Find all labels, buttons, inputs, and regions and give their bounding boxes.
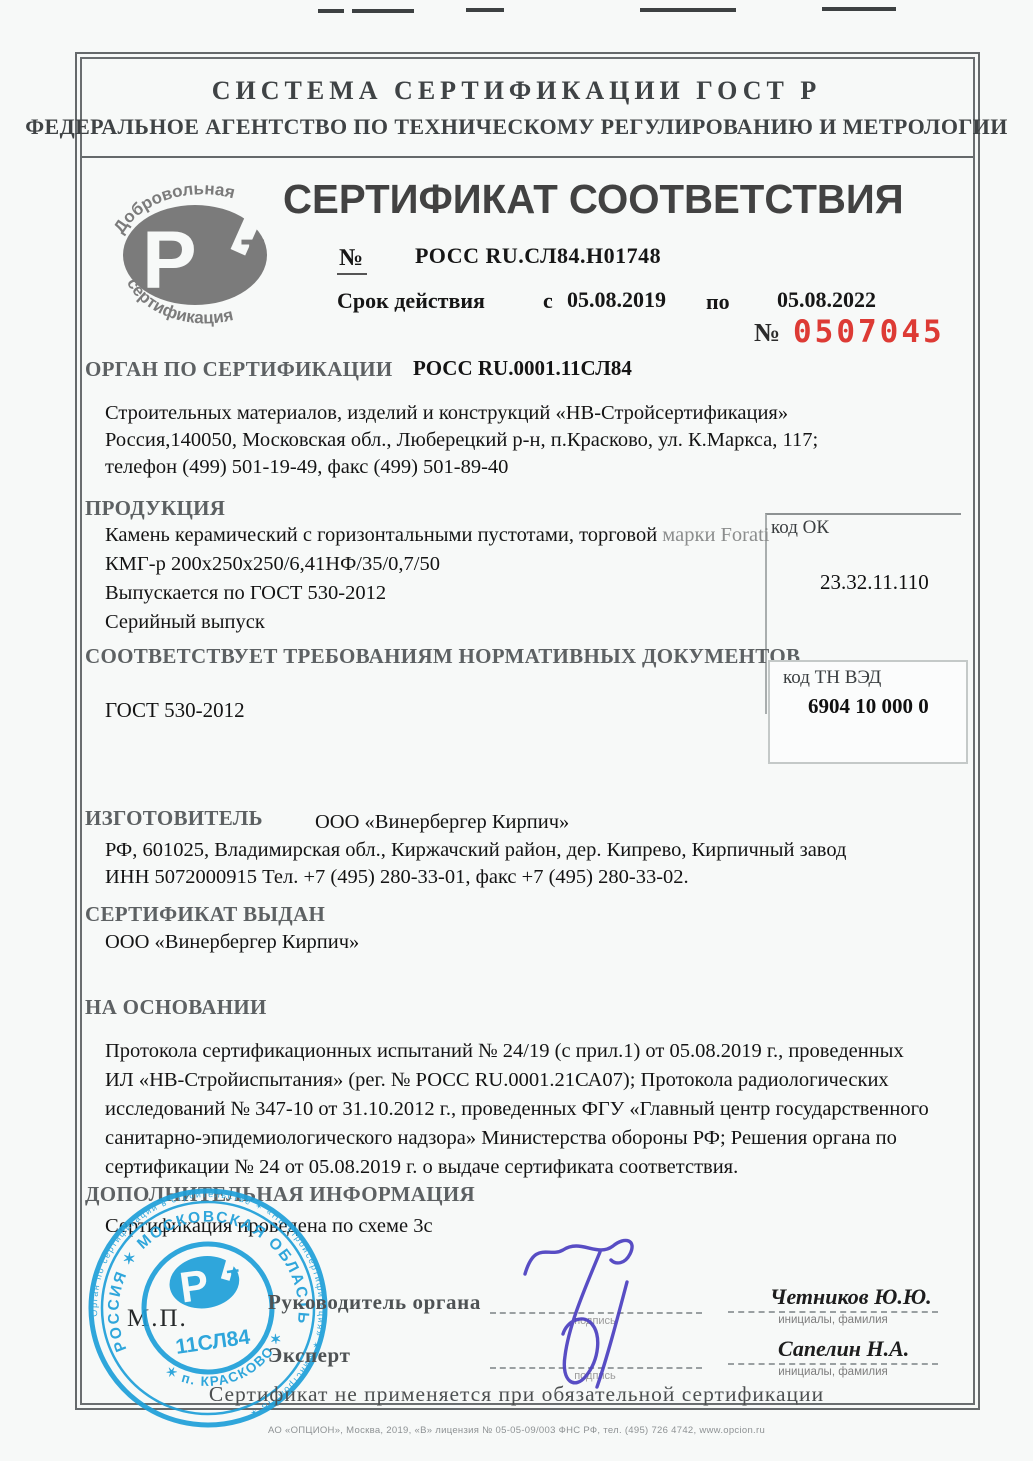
conformity-value: ГОСТ 530-2012 xyxy=(105,698,245,723)
validity-from-date: 05.08.2019 xyxy=(567,287,666,313)
validity-label: Срок действия xyxy=(337,288,485,314)
basis-line1: Протокола сертификационных испытаний № 2… xyxy=(105,1040,904,1063)
product-line1-brand: марки Forati xyxy=(662,524,769,546)
validity-to-date: 05.08.2022 xyxy=(777,287,876,313)
validity-to-prep: по xyxy=(706,289,730,315)
basis-line3: исследований № 347-10 от 31.10.2012 г., … xyxy=(105,1098,929,1121)
basis-line5: сертификации № 24 от 05.08.2019 г. о выд… xyxy=(105,1156,738,1179)
blank-number-sign: № xyxy=(754,318,780,348)
certificate-title: СЕРТИФИКАТ СООТВЕТСТВИЯ xyxy=(283,176,904,223)
agency-title: ФЕДЕРАЛЬНОЕ АГЕНТСТВО ПО ТЕХНИЧЕСКОМУ РЕ… xyxy=(0,114,1033,140)
product-line3: Выпускается по ГОСТ 530-2012 xyxy=(105,582,386,605)
org-line3: телефон (499) 501-19-49, факс (499) 501-… xyxy=(105,456,508,479)
basis-line2: ИЛ «НВ-Стройиспытания» (рег. № РОСС RU.0… xyxy=(105,1069,889,1092)
logo-letter-t: т xyxy=(240,221,265,279)
basis-heading: НА ОСНОВАНИИ xyxy=(85,995,267,1020)
certificate-scan-page: { "colors": { "accent_red": "#dd3b35", "… xyxy=(0,0,1033,1461)
scan-artifact xyxy=(352,9,414,13)
product-heading: ПРОДУКЦИЯ xyxy=(85,496,225,521)
cert-number-sign: № xyxy=(337,245,367,275)
head-name-line xyxy=(728,1311,938,1313)
basis-line4: санитарно-эпидемиологического надзора» М… xyxy=(105,1127,897,1150)
conformity-heading: СООТВЕТСТВУЕТ ТРЕБОВАНИЯМ НОРМАТИВНЫХ ДО… xyxy=(85,644,800,669)
head-of-body-label: Руководитель органа xyxy=(268,1290,481,1315)
footer-note: Сертификат не применяется при обязательн… xyxy=(0,1382,1033,1407)
manufacturer-heading: ИЗГОТОВИТЕЛЬ xyxy=(85,806,263,831)
issued-to-name: ООО «Винербергер Кирпич» xyxy=(105,931,359,954)
tnved-code-label: код ТН ВЭД xyxy=(783,667,881,689)
stamp-logo-t: т xyxy=(225,1259,242,1291)
issued-to-heading: СЕРТИФИКАТ ВЫДАН xyxy=(85,902,325,927)
product-line1-main: Камень керамический с горизонтальными пу… xyxy=(105,524,657,546)
expert-name: Сапелин Н.А. xyxy=(778,1336,909,1362)
scan-artifact xyxy=(640,8,736,12)
tnved-code-value: 6904 10 000 0 xyxy=(808,694,929,719)
manufacturer-line1: РФ, 601025, Владимирская обл., Киржачски… xyxy=(105,839,846,862)
handwritten-signature xyxy=(503,1224,698,1396)
product-line4: Серийный выпуск xyxy=(105,611,265,634)
expert-name-caption: инициалы, фамилия xyxy=(728,1366,938,1378)
print-footer: АО «ОПЦИОН», Москва, 2019, «В» лицензия … xyxy=(0,1425,1033,1436)
ok-code-value: 23.32.11.110 xyxy=(820,570,929,595)
stamp-center-code: 11СЛ84 xyxy=(174,1326,252,1359)
validity-from-prep: с xyxy=(543,288,553,314)
product-line2: КМГ-р 200х250х250/6,41НФ/35/0,7/50 xyxy=(105,553,440,576)
org-line2: Россия,140050, Московская обл., Люберецк… xyxy=(105,429,818,452)
manufacturer-name: ООО «Винербергер Кирпич» xyxy=(315,811,569,834)
scan-artifact xyxy=(822,7,896,11)
product-line1: Камень керамический с горизонтальными пу… xyxy=(105,524,770,547)
head-name: Четников Ю.Ю. xyxy=(770,1284,932,1310)
scan-artifact xyxy=(318,9,344,13)
expert-name-line xyxy=(728,1363,938,1365)
blank-number: 0507045 xyxy=(793,314,945,350)
rst-voluntary-logo: Добровольная Р т сертификация xyxy=(92,172,307,330)
org-line1: Строительных материалов, изделий и конст… xyxy=(105,402,788,425)
system-title: СИСТЕМА СЕРТИФИКАЦИИ ГОСТ Р xyxy=(0,76,1033,106)
org-code: РОСС RU.0001.11СЛ84 xyxy=(413,356,632,381)
manufacturer-line2: ИНН 5072000915 Тел. +7 (495) 280-33-01, … xyxy=(105,866,689,889)
cert-number: РОСС RU.СЛ84.Н01748 xyxy=(415,243,661,269)
head-name-caption: инициалы, фамилия xyxy=(728,1314,938,1326)
org-heading: ОРГАН ПО СЕРТИФИКАЦИИ xyxy=(85,357,393,382)
ok-code-label: код ОК xyxy=(771,517,829,539)
scan-artifact xyxy=(466,8,504,12)
header-divider xyxy=(82,156,973,158)
expert-label: Эксперт xyxy=(268,1343,350,1368)
